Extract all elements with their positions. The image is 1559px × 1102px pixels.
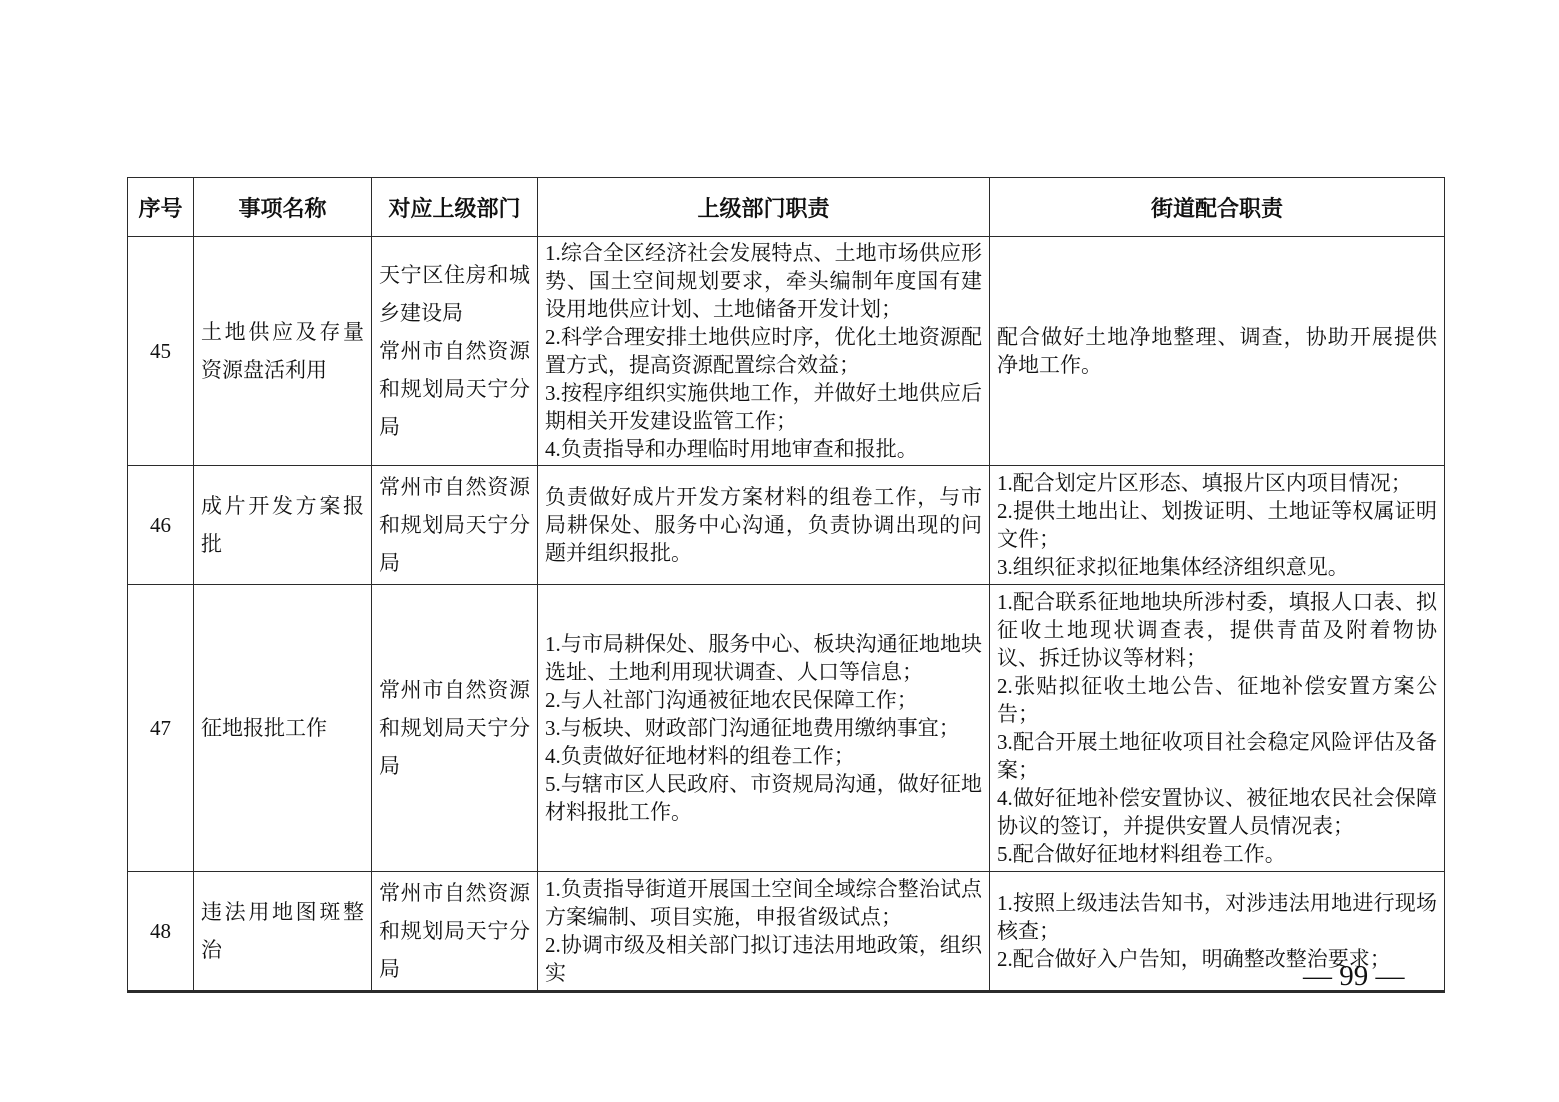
item-name-cell: 成片开发方案报批 xyxy=(194,466,372,585)
column-header-item-name: 事项名称 xyxy=(194,178,372,237)
superior-duties-cell: 1.与市局耕保处、服务中心、板块沟通征地地块选址、土地利用现状调查、人口等信息；… xyxy=(538,585,990,872)
superior-duties-cell: 1.综合全区经济社会发展特点、土地市场供应形势、国土空间规划要求，牵头编制年度国… xyxy=(538,237,990,466)
row-index-cell: 48 xyxy=(128,872,194,992)
superior-duties-cell: 负责做好成片开发方案材料的组卷工作，与市局耕保处、服务中心沟通，负责协调出现的问… xyxy=(538,466,990,585)
department-cell: 常州市自然资源和规划局天宁分局 xyxy=(372,466,538,585)
superior-duties-cell: 1.负责指导街道开展国土空间全域综合整治试点方案编制、项目实施，申报省级试点； … xyxy=(538,872,990,992)
row-index-cell: 47 xyxy=(128,585,194,872)
street-duties-cell: 1.配合划定片区形态、填报片区内项目情况； 2.提供土地出让、划拨证明、土地证等… xyxy=(990,466,1445,585)
item-name-cell: 违法用地图斑整治 xyxy=(194,872,372,992)
table-header-row: 序号 事项名称 对应上级部门 上级部门职责 街道配合职责 xyxy=(128,178,1445,237)
column-header-index: 序号 xyxy=(128,178,194,237)
column-header-superior-duties: 上级部门职责 xyxy=(538,178,990,237)
document-page: 序号 事项名称 对应上级部门 上级部门职责 街道配合职责 45 土地供应及存量资… xyxy=(0,0,1559,1102)
column-header-street-duties: 街道配合职责 xyxy=(990,178,1445,237)
department-cell: 常州市自然资源和规划局天宁分局 xyxy=(372,872,538,992)
row-index-cell: 46 xyxy=(128,466,194,585)
table-row: 45 土地供应及存量资源盘活利用 天宁区住房和城乡建设局 常州市自然资源和规划局… xyxy=(128,237,1445,466)
department-cell: 天宁区住房和城乡建设局 常州市自然资源和规划局天宁分局 xyxy=(372,237,538,466)
page-number: — 99 — xyxy=(1303,960,1403,993)
table-row: 46 成片开发方案报批 常州市自然资源和规划局天宁分局 负责做好成片开发方案材料… xyxy=(128,466,1445,585)
item-name-cell: 土地供应及存量资源盘活利用 xyxy=(194,237,372,466)
street-duties-cell: 配合做好土地净地整理、调查，协助开展提供净地工作。 xyxy=(990,237,1445,466)
item-name-cell: 征地报批工作 xyxy=(194,585,372,872)
table-row: 47 征地报批工作 常州市自然资源和规划局天宁分局 1.与市局耕保处、服务中心、… xyxy=(128,585,1445,872)
row-index-cell: 45 xyxy=(128,237,194,466)
street-duties-cell: 1.配合联系征地地块所涉村委，填报人口表、拟征收土地现状调查表，提供青苗及附着物… xyxy=(990,585,1445,872)
table-row: 48 违法用地图斑整治 常州市自然资源和规划局天宁分局 1.负责指导街道开展国土… xyxy=(128,872,1445,992)
duties-table: 序号 事项名称 对应上级部门 上级部门职责 街道配合职责 45 土地供应及存量资… xyxy=(127,177,1445,993)
column-header-department: 对应上级部门 xyxy=(372,178,538,237)
department-cell: 常州市自然资源和规划局天宁分局 xyxy=(372,585,538,872)
